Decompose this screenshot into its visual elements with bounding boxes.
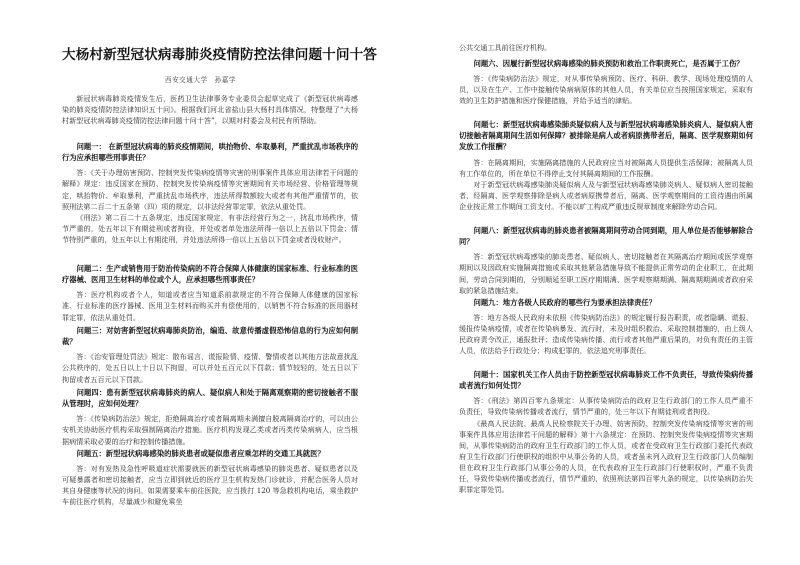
- answer-7-paragraph-1: 答：在隔离期间，实施隔离措施的人民政府应当对被隔离人员提供生活保障；被隔离人员有…: [459, 157, 753, 179]
- qa-item-7: 问题七：新型冠状病毒感染肺炎疑似病人及与新型冠状病毒感染肺炎病人、疑似病人密切接…: [459, 119, 753, 212]
- answer-1-paragraph-1: 答：《关于办理妨害预防、控制突发传染病疫情等灾害的刑事案件具体应用法律若干问题的…: [62, 167, 358, 211]
- question-3: 问题三：对妨害新型冠状病毒肺炎防治，编造、故意传播虚假恐怖信息的行为应如何制裁？: [62, 325, 358, 347]
- document-page: 大杨村新型冠状病毒肺炎疫情防控法律问题十问十答 西安交通大学 孙嘉学 新冠状病毒…: [0, 0, 800, 565]
- qa-item-1: 问题一： 在新型冠状病毒的肺炎疫情期间，哄抬物价、牟取暴利，严重扰乱市场秩序的行…: [62, 141, 358, 245]
- document-author: 西安交通大学 孙嘉学: [165, 74, 236, 84]
- answer-3-paragraph-1: 答：《治安管理处罚法》规定：散布谣言，谎报险情、疫情、警情或者以其他方法故意扰乱…: [62, 351, 358, 384]
- question-10: 问题十：国家机关工作人员由于防控新型冠状病毒肺炎工作不负责任，导致传染病传播或者…: [459, 369, 753, 391]
- question-7: 问题七：新型冠状病毒感染肺炎疑似病人及与新型冠状病毒感染肺炎病人、疑似病人密切接…: [459, 119, 753, 153]
- question-2: 问题二：生产或销售用于防治传染病的不符合保障人体健康的国家标准、行业标准的医疗器…: [62, 263, 358, 285]
- answer-10-paragraph-1: 答：《刑法》第四百零九条规定：从事传染病防治的政府卫生行政部门的工作人员严重不负…: [459, 395, 753, 417]
- question-4: 问题四：患有新型冠状病毒肺炎的病人、疑似病人和处于隔离观察期的密切接触者不服从管…: [62, 387, 358, 409]
- qa-item-3: 问题三：对妨害新型冠状病毒肺炎防治，编造、故意传播虚假恐怖信息的行为应如何制裁？…: [62, 325, 358, 385]
- answer-6-paragraph-1: 答：《传染病防治法》规定，对从事传染病预防、医疗、科研、教学、现场处理疫情的人员…: [459, 73, 753, 106]
- answer-8-paragraph-1: 答：新型冠状病毒感染的肺炎患者、疑似病人、密切接触者在其隔离治疗期间或医学观察期…: [459, 251, 753, 295]
- answer-1-paragraph-2: 《刑法》第二百二十五条规定，违反国家规定，有非法经营行为之一，扰乱市场秩序，情节…: [62, 212, 358, 245]
- qa-item-5: 问题五：新型冠状病毒感染的肺炎患者或疑似患者应乘怎样的交通工具就医？ 答：对有发…: [62, 448, 358, 507]
- question-5: 问题五：新型冠状病毒感染的肺炎患者或疑似患者应乘怎样的交通工具就医？: [62, 448, 358, 459]
- document-title: 大杨村新型冠状病毒肺炎疫情防控法律问题十问十答: [62, 47, 362, 63]
- answer-9-paragraph-1: 答：地方各级人民政府未依照《传染病防治法》的规定履行报告职责，或者隐瞒、谎报、缓…: [459, 312, 753, 356]
- question-6: 问题六、因履行新型冠状病毒感染的肺炎预防和救治工作职责死亡，是否属于工伤？: [459, 58, 753, 69]
- intro-section: 新冠状病毒肺炎疫情发生后，医药卫生法律事务专业委员会起草完成了《新型冠状病毒感染…: [62, 93, 358, 126]
- qa-item-10: 问题十：国家机关工作人员由于防控新型冠状病毒肺炎工作不负责任，导致传染病传播或者…: [459, 369, 753, 495]
- qa-item-2: 问题二：生产或销售用于防治传染病的不符合保障人体健康的国家标准、行业标准的医疗器…: [62, 263, 358, 323]
- qa-item-6: 问题六、因履行新型冠状病毒感染的肺炎预防和救治工作职责死亡，是否属于工伤？ 答：…: [459, 58, 753, 106]
- question-8: 问题八：新型冠状病毒的肺炎患者被隔离期间劳动合同到期，用人单位是否能够解除合同？: [459, 225, 753, 247]
- qa-item-4: 问题四：患有新型冠状病毒肺炎的病人、疑似病人和处于隔离观察期的密切接触者不服从管…: [62, 387, 358, 447]
- question-9: 问题九：地方各级人民政府的哪些行为要承担法律责任？: [459, 297, 753, 308]
- qa-item-8: 问题八：新型冠状病毒的肺炎患者被隔离期间劳动合同到期，用人单位是否能够解除合同？…: [459, 225, 753, 296]
- qa-item-9: 问题九：地方各级人民政府的哪些行为要承担法律责任？ 答：地方各级人民政府未依照《…: [459, 297, 753, 356]
- answer-5-paragraph-1: 答：对有发热及急性呼吸道症状需要就医的新型冠状病毒感染的肺炎患者、疑似患者以及可…: [62, 463, 358, 507]
- answer-5-paragraph-2: 公共交通工具前往医疗机构。: [459, 42, 753, 53]
- answer-5-continued: 公共交通工具前往医疗机构。: [459, 42, 753, 53]
- answer-10-paragraph-2: 《最高人民法院、最高人民检察院关于办理、妨害预防、控制突发传染病疫情等灾害的刑事…: [459, 418, 753, 495]
- intro-paragraph: 新冠状病毒肺炎疫情发生后，医药卫生法律事务专业委员会起草完成了《新型冠状病毒感染…: [62, 93, 358, 126]
- answer-2-paragraph-1: 答：医疗机构或者个人，知道或者应当知道系前款规定的不符合保障人体健康的国家标准、…: [62, 289, 358, 322]
- answer-4-paragraph-1: 答：《传染病防治法》规定，拒绝隔离治疗或者隔离期未满擅自脱离隔离治疗的，可以由公…: [62, 413, 358, 446]
- question-1: 问题一： 在新型冠状病毒的肺炎疫情期间，哄抬物价、牟取暴利，严重扰乱市场秩序的行…: [62, 141, 358, 163]
- answer-7-paragraph-2: 对于新型冠状病毒感染肺炎疑似病人及与新型冠状病毒感染肺炎病人、疑似病人密切接触者…: [459, 179, 753, 212]
